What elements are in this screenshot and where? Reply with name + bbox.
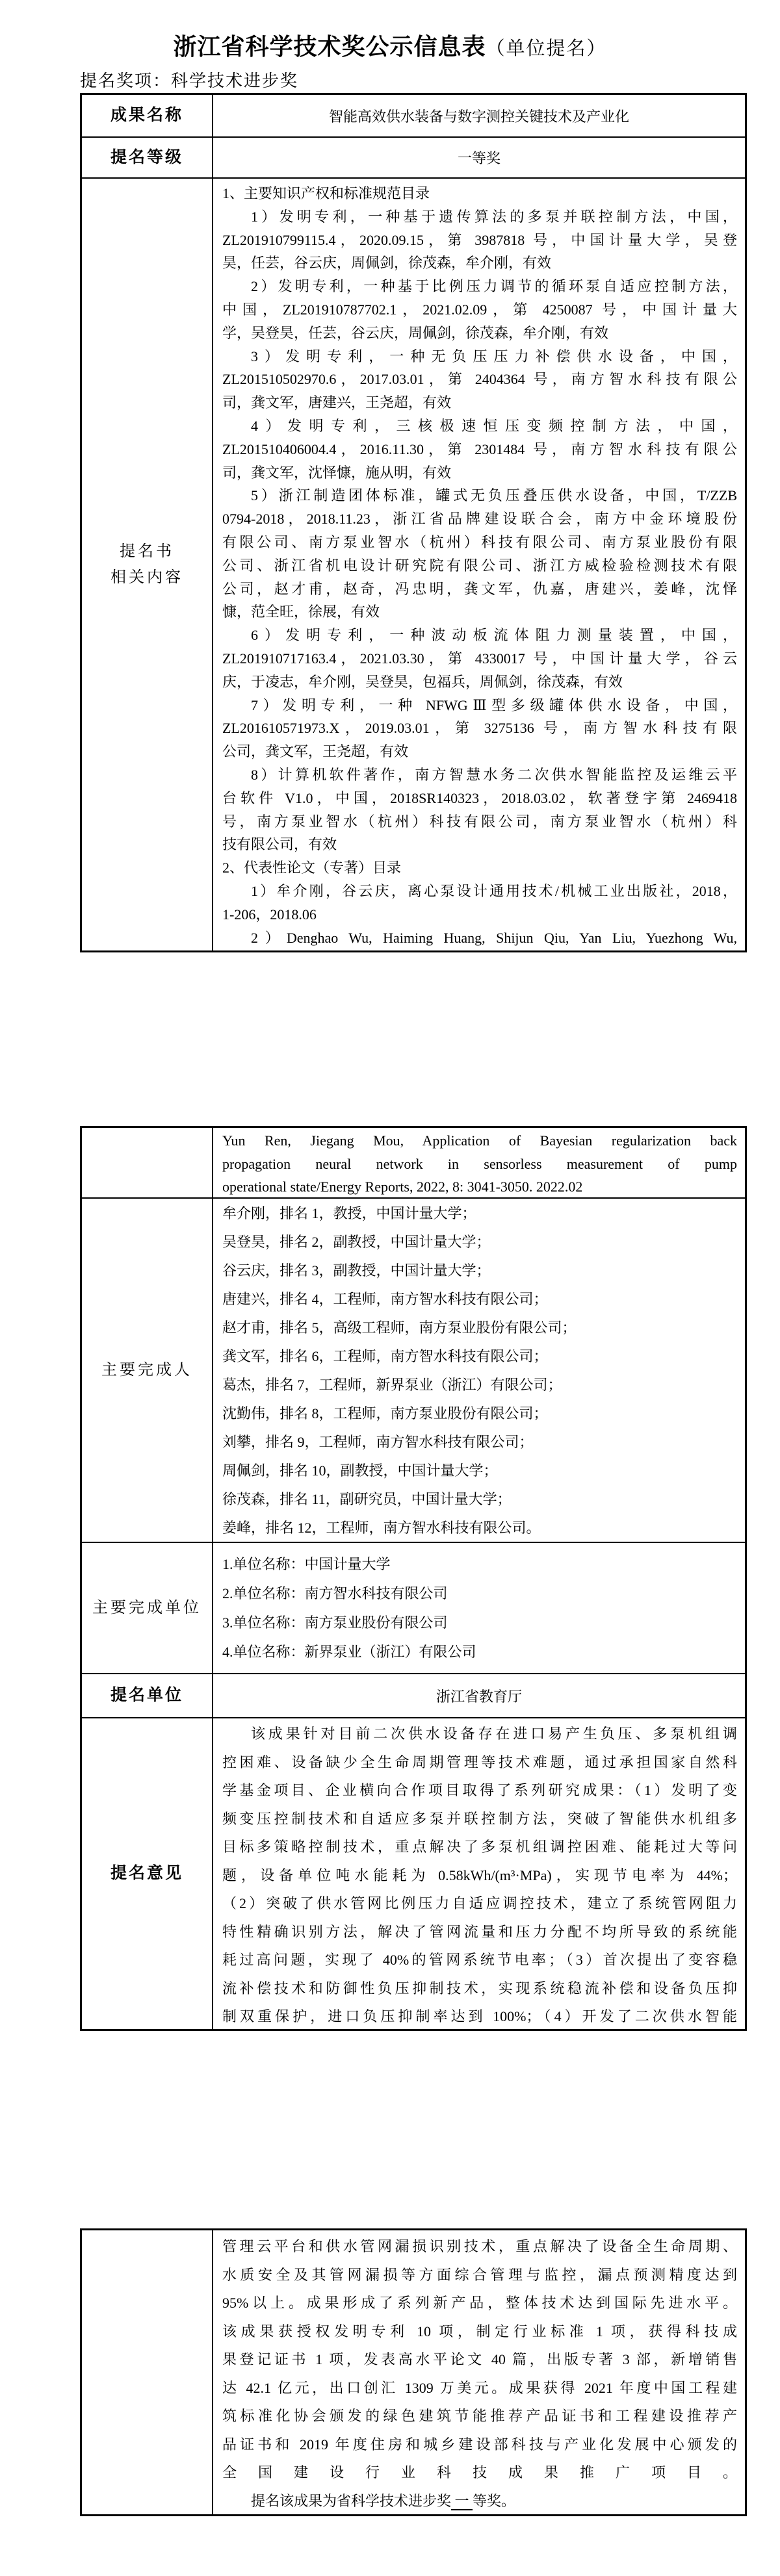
- row-paper-continuation: Yun Ren, Jiegang Mou, Application of Bay…: [82, 1128, 745, 1197]
- nomination-book-content-text: 1、主要知识产权和标准规范目录1）发明专利，一种基于遗传算法的多泵并联控制方法，…: [213, 179, 745, 950]
- text-line: 1）牟介刚，谷云庆，离心泵设计通用技术/机械工业出版社，2018，: [222, 880, 737, 903]
- text-line: 达 42.1 亿元，出口创汇 1309 万美元。成果获得 2021 年度中国工程…: [222, 2374, 737, 2403]
- text-line: ZL201910799115.4，2020.09.15，第 3987818 号，…: [222, 229, 737, 252]
- award-category: 提名奖项：科学技术进步奖: [80, 68, 298, 92]
- text-line: 2、代表性论文（专著）目录: [222, 856, 737, 880]
- text-line: 司，龚文军，唐建兴，王尧超，有效: [222, 391, 737, 414]
- text-line: 学基金项目、企业横向合作项目取得了系列研究成果：（1）发明了变: [222, 1776, 737, 1805]
- text-line: 6）发明专利，一种波动板流体阻力测量装置，中国，: [222, 624, 737, 647]
- text-line: ZL201510502970.6，2017.03.01，第 2404364 号，…: [222, 368, 737, 391]
- table-page3: 管理云平台和供水管网漏损识别技术，重点解决了设备全生命周期、水质安全及其管网漏损…: [80, 2228, 747, 2516]
- text-line: 果登记证书 1 项，发表高水平论文 40 篇，出版专著 3 部，新增销售: [222, 2345, 737, 2374]
- text-line: 公司，龚文军，王尧超，有效: [222, 740, 737, 763]
- final-line-grade: 一: [451, 2493, 473, 2509]
- text-line: 司，龚文军，沈怿慷，施从明，有效: [222, 461, 737, 485]
- text-line: 吴登昊，排名 2，副教授，中国计量大学；: [222, 1228, 737, 1256]
- text-line: 全国建设行业科技成果推广项目。: [222, 2458, 737, 2487]
- text-line: 3）发明专利，一种无负压压力补偿供水设备，中国，: [222, 345, 737, 368]
- text-line: 慷，范全旺，徐展，有效: [222, 600, 737, 624]
- text-line: 0794-2018，2018.11.23，浙江省品牌建设联合会，南方中金环境股份: [222, 507, 737, 531]
- opinion-continuation-lines: 管理云平台和供水管网漏损识别技术，重点解决了设备全生命周期、水质安全及其管网漏损…: [222, 2232, 737, 2487]
- text-line: 2）Denghao Wu, Haiming Huang, Shijun Qiu,…: [222, 926, 737, 950]
- text-line: 特性精确识别方法，解决了管网流量和压力分配不均所导致的系统能: [222, 1918, 737, 1946]
- row-nominating-unit: 提名单位 浙江省教育厅: [82, 1673, 745, 1717]
- main-completers-list: 牟介刚，排名 1，教授，中国计量大学；吴登昊，排名 2，副教授，中国计量大学；谷…: [213, 1199, 745, 1542]
- text-line: 台软件 V1.0，中国，2018SR140323，2018.03.02，软著登字…: [222, 787, 737, 810]
- text-line: 3.单位名称：南方泵业股份有限公司: [222, 1608, 737, 1637]
- main-completers-label: 主要完成人: [82, 1199, 213, 1542]
- text-line: Yun Ren, Jiegang Mou, Application of Bay…: [222, 1129, 737, 1153]
- text-line: 有限公司、南方泵业智水（杭州）科技有限公司、南方泵业股份有限: [222, 531, 737, 554]
- text-line: 公司，赵才甫，赵奇，冯忠明，龚文军，仇嘉，唐建兴，姜峰，沈怿: [222, 578, 737, 601]
- row-opinion-continuation: 管理云平台和供水管网漏损识别技术，重点解决了设备全生命周期、水质安全及其管网漏损…: [82, 2230, 745, 2514]
- table-page2: Yun Ren, Jiegang Mou, Application of Bay…: [80, 1126, 747, 2031]
- paper-continuation-text: Yun Ren, Jiegang Mou, Application of Bay…: [213, 1128, 745, 1197]
- text-line: 控困难、设备缺少全生命周期管理等技术难题，通过承担国家自然科: [222, 1748, 737, 1777]
- row-main-completing-units: 主要完成单位 1.单位名称：中国计量大学2.单位名称：南方智水科技有限公司3.单…: [82, 1542, 745, 1673]
- main-completing-units-list: 1.单位名称：中国计量大学2.单位名称：南方智水科技有限公司3.单位名称：南方泵…: [213, 1543, 745, 1673]
- nomination-opinion-label: 提名意见: [82, 1718, 213, 2029]
- award-label: 提名奖项：: [80, 71, 171, 90]
- text-line: 品证书和 2019 年度住房和城乡建设部科技与产业化发展中心颁发的: [222, 2430, 737, 2459]
- text-line: 学，吴登昊，任芸，谷云庆，周佩剑，徐茂森，牟介刚，有效: [222, 322, 737, 345]
- nomination-grade-value: 一等奖: [213, 138, 745, 177]
- empty-label-cell: [82, 2230, 213, 2514]
- text-line: 8）计算机软件著作，南方智慧水务二次供水智能监控及运维云平: [222, 763, 737, 787]
- label-line-1: 提名书: [120, 539, 174, 565]
- title-paren: （单位提名）: [486, 38, 607, 59]
- text-line: 管理云平台和供水管网漏损识别技术，重点解决了设备全生命周期、: [222, 2232, 737, 2261]
- nomination-grade-label: 提名等级: [82, 138, 213, 177]
- text-line: 该成果针对目前二次供水设备存在进口易产生负压、多泵机组调: [222, 1720, 737, 1748]
- text-line: 技有限公司，有效: [222, 833, 737, 856]
- final-line-post: 等奖。: [473, 2493, 515, 2509]
- text-line: 姜峰，排名 12，工程师，南方智水科技有限公司。: [222, 1514, 737, 1542]
- text-line: operational state/Energy Reports, 2022, …: [222, 1175, 737, 1197]
- text-line: 95%以上。成果形成了系列新产品，整体技术达到国际先进水平。: [222, 2289, 737, 2317]
- text-line: 中国，ZL201910787702.1，2021.02.09，第 4250087…: [222, 298, 737, 322]
- text-line: ZL201510406004.4，2016.11.30，第 2301484 号，…: [222, 438, 737, 461]
- text-line: 庆，于凌志，牟介刚，吴登昊，包福兵，周佩剑，徐茂森，有效: [222, 670, 737, 694]
- text-line: 沈勤伟，排名 8，工程师，南方泵业股份有限公司；: [222, 1399, 737, 1428]
- text-line: 周佩剑，排名 10，副教授，中国计量大学；: [222, 1457, 737, 1485]
- text-line: 葛杰，排名 7，工程师，新界泵业（浙江）有限公司；: [222, 1371, 737, 1399]
- text-line: 5）浙江制造团体标准，罐式无负压叠压供水设备，中国，T/ZZB: [222, 484, 737, 507]
- main-completing-units-label: 主要完成单位: [82, 1543, 213, 1673]
- text-line: 龚文军，排名 6，工程师，南方智水科技有限公司；: [222, 1342, 737, 1371]
- nominating-unit-value: 浙江省教育厅: [213, 1674, 745, 1717]
- text-line: 流补偿技术和防御性负压抑制技术，实现系统稳流补偿和设备负压抑: [222, 1974, 737, 2003]
- text-line: 徐茂森，排名 11，副研究员，中国计量大学；: [222, 1485, 737, 1514]
- text-line: 1-206，2018.06: [222, 903, 737, 926]
- achievement-name-label: 成果名称: [82, 95, 213, 136]
- nominating-unit-label: 提名单位: [82, 1674, 213, 1717]
- text-line: 牟介刚，排名 1，教授，中国计量大学；: [222, 1199, 737, 1228]
- nomination-book-content-label: 提名书 相关内容: [82, 179, 213, 950]
- title-main: 浙江省科学技术奖公示信息表: [173, 33, 486, 60]
- final-line-pre: 提名该成果为省科学技术进步奖: [251, 2493, 451, 2509]
- text-line: ZL201610571973.X，2019.03.01，第 3275136 号，…: [222, 717, 737, 740]
- text-line: 目标多策略控制技术，重点解决了多泵机组调控困难、能耗过大等问: [222, 1833, 737, 1861]
- text-line: 水质安全及其管网漏损等方面综合管理与监控，漏点预测精度达到: [222, 2261, 737, 2289]
- text-line: 4.单位名称：新界泵业（浙江）有限公司: [222, 1637, 737, 1666]
- text-line: 4）发明专利，三核极速恒压变频控制方法，中国，: [222, 414, 737, 438]
- text-line: （2）突破了供水管网比例压力自适应调控技术，建立了系统管网阻力: [222, 1889, 737, 1918]
- row-nomination-opinion: 提名意见 该成果针对目前二次供水设备存在进口易产生负压、多泵机组调控困难、设备缺…: [82, 1717, 745, 2029]
- achievement-name-value: 智能高效供水装备与数字测控关键技术及产业化: [213, 95, 745, 136]
- text-line: 1、主要知识产权和标准规范目录: [222, 182, 737, 205]
- final-nomination-line: 提名该成果为省科学技术进步奖 一 等奖。: [222, 2487, 737, 2515]
- text-line: 该成果获授权发明专利 10 项，制定行业标准 1 项，获得科技成: [222, 2317, 737, 2346]
- text-line: 谷云庆，排名 3，副教授，中国计量大学；: [222, 1256, 737, 1285]
- text-line: 赵才甫，排名 5，高级工程师，南方泵业股份有限公司；: [222, 1314, 737, 1342]
- text-line: ZL201910717163.4，2021.03.30，第 4330017 号，…: [222, 647, 737, 670]
- text-line: 7）发明专利，一种 NFWGⅢ型多级罐体供水设备，中国，: [222, 694, 737, 717]
- text-line: propagation neural network in sensorless…: [222, 1153, 737, 1176]
- row-nomination-book-content: 提名书 相关内容 1、主要知识产权和标准规范目录1）发明专利，一种基于遗传算法的…: [82, 177, 745, 950]
- text-line: 制双重保护，进口负压抑制率达到 100%；（4）开发了二次供水智能: [222, 2002, 737, 2029]
- text-line: 1）发明专利，一种基于遗传算法的多泵并联控制方法，中国，: [222, 205, 737, 229]
- row-nomination-grade: 提名等级 一等奖: [82, 136, 745, 177]
- label-line-2: 相关内容: [110, 565, 183, 591]
- row-achievement-name: 成果名称 智能高效供水装备与数字测控关键技术及产业化: [82, 95, 745, 136]
- nomination-opinion-text: 该成果针对目前二次供水设备存在进口易产生负压、多泵机组调控困难、设备缺少全生命周…: [213, 1718, 745, 2029]
- text-line: 1.单位名称：中国计量大学: [222, 1549, 737, 1579]
- text-line: 号，南方泵业智水（杭州）科技有限公司，南方泵业智水（杭州）科: [222, 810, 737, 834]
- row-main-completers: 主要完成人 牟介刚，排名 1，教授，中国计量大学；吴登昊，排名 2，副教授，中国…: [82, 1197, 745, 1542]
- empty-label-cell: [82, 1128, 213, 1197]
- text-line: 筑标准化协会颁发的绿色建筑节能推荐产品证书和工程建设推荐产: [222, 2402, 737, 2430]
- text-line: 频变压控制技术和自适应多泵并联控制方法，突破了智能供水机组多: [222, 1805, 737, 1833]
- text-line: 刘攀，排名 9，工程师，南方智水科技有限公司；: [222, 1428, 737, 1457]
- text-line: 题，设备单位吨水能耗为 0.58kWh/(m³·MPa)，实现节电率为 44%；: [222, 1861, 737, 1890]
- award-value: 科学技术进步奖: [171, 71, 298, 90]
- text-line: 昊，任芸，谷云庆，周佩剑，徐茂森，牟介刚，有效: [222, 251, 737, 275]
- text-line: 2）发明专利，一种基于比例压力调节的循环泵自适应控制方法，: [222, 275, 737, 298]
- text-line: 2.单位名称：南方智水科技有限公司: [222, 1579, 737, 1608]
- document-title: 浙江省科学技术奖公示信息表（单位提名）: [0, 29, 780, 62]
- text-line: 耗过高问题，实现了 40%的管网系统节电率；（3）首次提出了变容稳: [222, 1946, 737, 1974]
- table-page1: 成果名称 智能高效供水装备与数字测控关键技术及产业化 提名等级 一等奖 提名书 …: [80, 93, 747, 952]
- opinion-continuation-text: 管理云平台和供水管网漏损识别技术，重点解决了设备全生命周期、水质安全及其管网漏损…: [213, 2230, 745, 2514]
- text-line: 公司、浙江省机电设计研究院有限公司、浙江方威检验检测技术有限: [222, 554, 737, 578]
- text-line: 唐建兴，排名 4，工程师，南方智水科技有限公司；: [222, 1285, 737, 1314]
- document-page: 浙江省科学技术奖公示信息表（单位提名） 提名奖项：科学技术进步奖 成果名称 智能…: [0, 0, 780, 2576]
